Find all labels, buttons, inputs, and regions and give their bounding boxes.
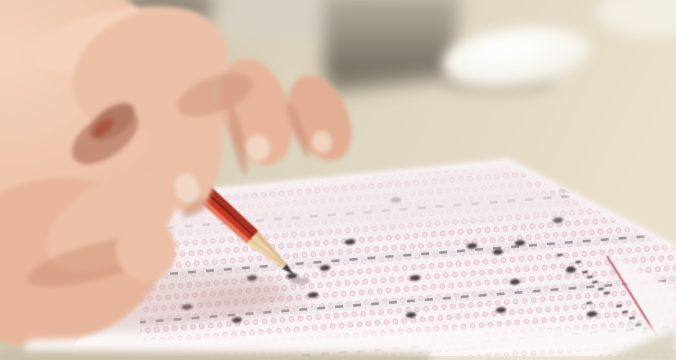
photo-exam-answer-sheet: Close-up photograph of a hand holding a … [0, 0, 676, 360]
photo-canvas [0, 0, 676, 360]
thumb-tip [116, 219, 176, 281]
pencil-tip-shadow [290, 278, 310, 285]
